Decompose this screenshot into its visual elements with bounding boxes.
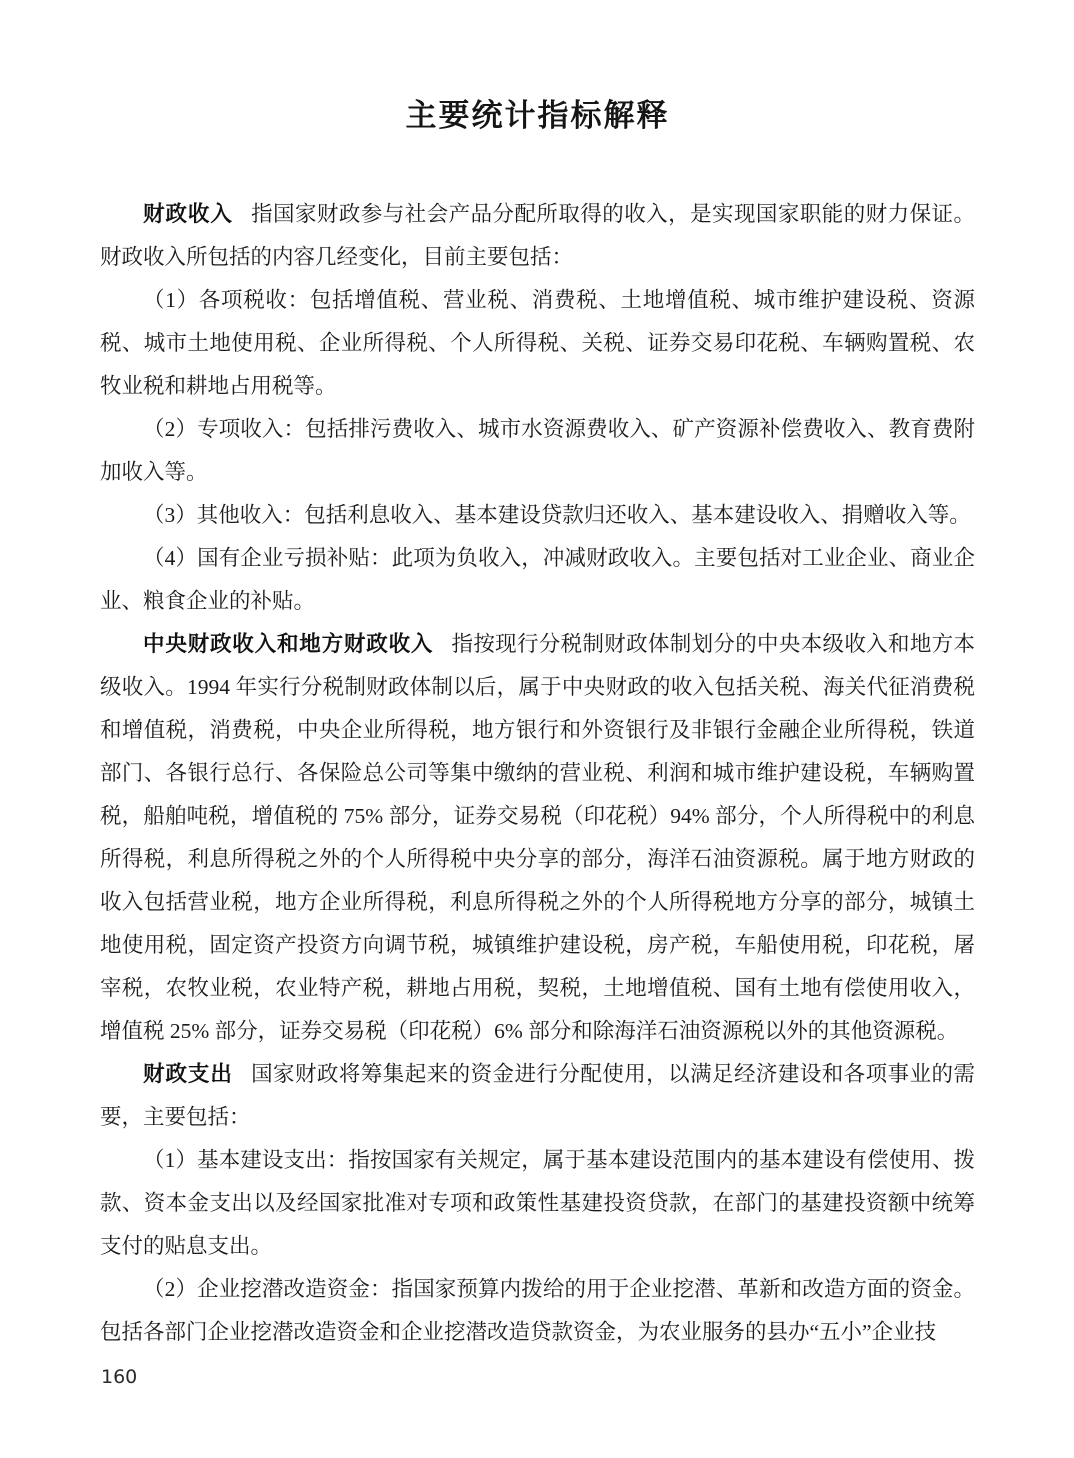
paragraph-item-other-income: （3）其他收入：包括利息收入、基本建设贷款归还收入、基本建设收入、捐赠收入等。 bbox=[100, 494, 975, 537]
paragraph-item-enterprise-renovation: （2）企业挖潜改造资金：指国家预算内拨给的用于企业挖潜、革新和改造方面的资金。包… bbox=[100, 1268, 975, 1354]
term-fiscal-expenditure: 财政支出 bbox=[143, 1062, 233, 1087]
paragraph-item-taxes: （1）各项税收：包括增值税、营业税、消费税、土地增值税、城市维护建设税、资源税、… bbox=[100, 279, 975, 408]
paragraph-text: （2）企业挖潜改造资金：指国家预算内拨给的用于企业挖潜、革新和改造方面的资金。包… bbox=[100, 1277, 975, 1344]
paragraph-text: （4）国有企业亏损补贴：此项为负收入，冲减财政收入。主要包括对工业企业、商业企业… bbox=[100, 546, 975, 613]
page-number: 160 bbox=[101, 1366, 137, 1388]
term-fiscal-revenue: 财政收入 bbox=[143, 202, 233, 227]
paragraph-text: （1）基本建设支出：指按国家有关规定，属于基本建设范围内的基本建设有偿使用、拨款… bbox=[100, 1148, 975, 1258]
paragraph-fiscal-expenditure: 财政支出国家财政将筹集起来的资金进行分配使用，以满足经济建设和各项事业的需要，主… bbox=[100, 1053, 975, 1139]
document-page: 主要统计指标解释 财政收入指国家财政参与社会产品分配所取得的收入，是实现国家职能… bbox=[0, 0, 1074, 1458]
paragraph-item-soe-subsidy: （4）国有企业亏损补贴：此项为负收入，冲减财政收入。主要包括对工业企业、商业企业… bbox=[100, 537, 975, 623]
paragraph-item-special-income: （2）专项收入：包括排污费收入、城市水资源费收入、矿产资源补偿费收入、教育费附加… bbox=[100, 408, 975, 494]
document-body: 财政收入指国家财政参与社会产品分配所取得的收入，是实现国家职能的财力保证。财政收… bbox=[100, 193, 975, 1354]
term-central-local-revenue: 中央财政收入和地方财政收入 bbox=[143, 632, 433, 657]
page-title: 主要统计指标解释 bbox=[100, 96, 975, 136]
paragraph-central-local-revenue: 中央财政收入和地方财政收入指按现行分税制财政体制划分的中央本级收入和地方本级收入… bbox=[100, 623, 975, 1053]
paragraph-text: （2）专项收入：包括排污费收入、城市水资源费收入、矿产资源补偿费收入、教育费附加… bbox=[100, 417, 975, 484]
paragraph-fiscal-revenue: 财政收入指国家财政参与社会产品分配所取得的收入，是实现国家职能的财力保证。财政收… bbox=[100, 193, 975, 279]
paragraph-text: （1）各项税收：包括增值税、营业税、消费税、土地增值税、城市维护建设税、资源税、… bbox=[100, 288, 975, 398]
paragraph-text: 指按现行分税制财政体制划分的中央本级收入和地方本级收入。1994 年实行分税制财… bbox=[100, 632, 975, 1043]
paragraph-item-capital-construction: （1）基本建设支出：指按国家有关规定，属于基本建设范围内的基本建设有偿使用、拨款… bbox=[100, 1139, 975, 1268]
paragraph-text: （3）其他收入：包括利息收入、基本建设贷款归还收入、基本建设收入、捐赠收入等。 bbox=[143, 503, 971, 527]
